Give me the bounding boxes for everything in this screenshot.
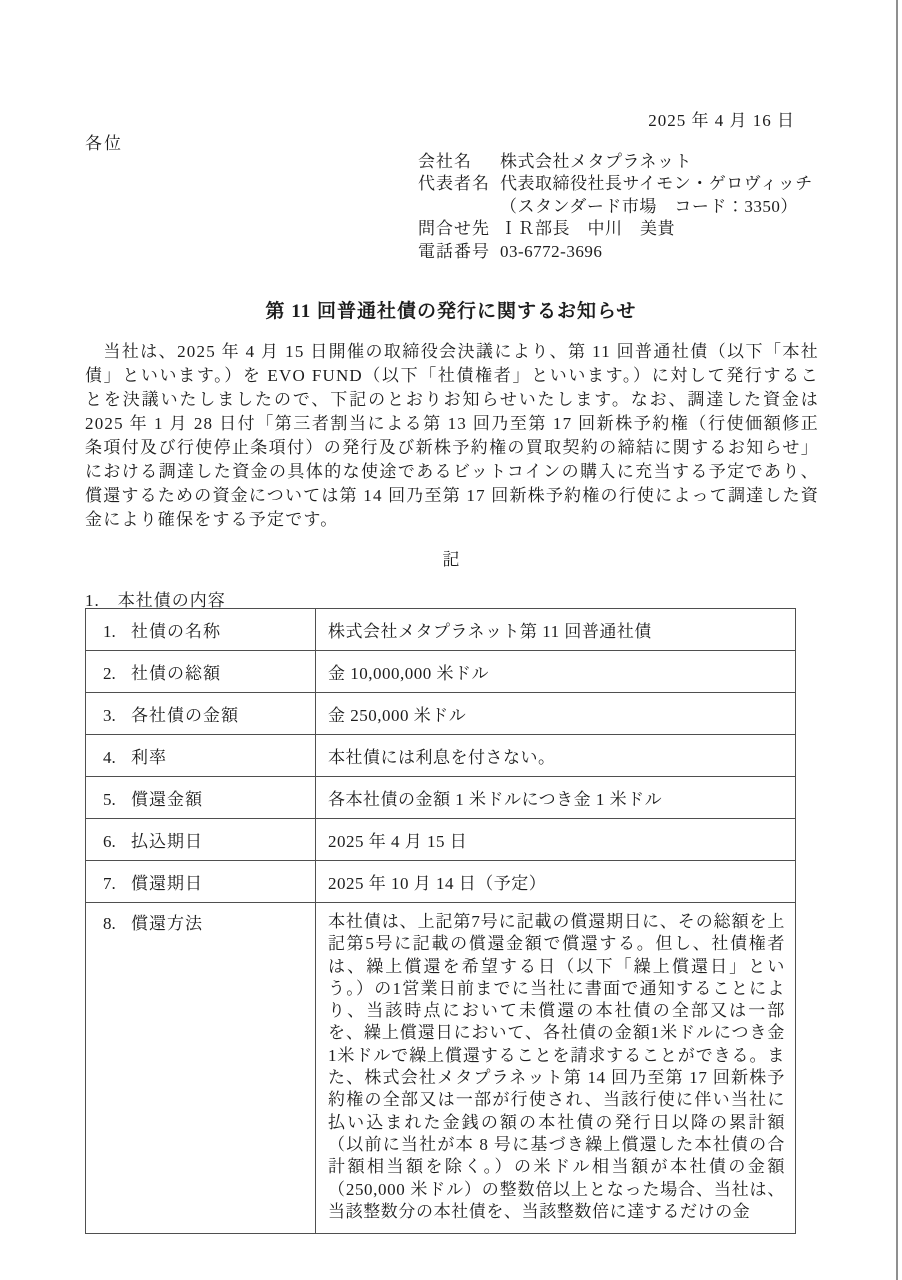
row-label: 社債の総額 — [131, 664, 221, 683]
table-row-redemption-amount: 5.償還金額 各本社債の金額 1 米ドルにつき金 1 米ドル — [86, 777, 796, 819]
row-number: 3. — [103, 706, 131, 726]
body-paragraph: 当社は、2025 年 4 月 15 日開催の取締役会決議により、第 11 回普通… — [85, 340, 819, 532]
company-info-block: 会社名 株式会社メタプラネット 代表者名 代表取締役社長サイモン・ゲロヴィッチ … — [418, 151, 813, 263]
table-row-interest-rate: 4.利率 本社債には利息を付さない。 — [86, 735, 796, 777]
row-label: 償還金額 — [131, 790, 203, 809]
representative-value: 代表取締役社長サイモン・ゲロヴィッチ — [500, 173, 813, 195]
document-page: 2025 年 4 月 16 日 各位 会社名 株式会社メタプラネット 代表者名 … — [0, 0, 902, 1280]
row-label: 社債の名称 — [131, 622, 221, 641]
row-value-cell: 金 250,000 米ドル — [316, 693, 796, 735]
document-date: 2025 年 4 月 16 日 — [0, 106, 795, 131]
row-number: 1. — [103, 622, 131, 642]
row-label-cell: 6.払込期日 — [86, 819, 316, 861]
table-row-redemption-method: 8.償還方法 本社債は、上記第7号に記載の償還期日に、その総額を上記第5号に記載… — [86, 903, 796, 1234]
row-value-cell: 2025 年 10 月 14 日（予定） — [316, 861, 796, 903]
table-row-redemption-date: 7.償還期日 2025 年 10 月 14 日（予定） — [86, 861, 796, 903]
row-label-cell: 5.償還金額 — [86, 777, 316, 819]
row-number: 7. — [103, 874, 131, 894]
row-value-cell: 株式会社メタプラネット第 11 回普通社債 — [316, 609, 796, 651]
row-value-cell: 本社債には利息を付さない。 — [316, 735, 796, 777]
row-label: 償還期日 — [131, 874, 203, 893]
row-number: 4. — [103, 748, 131, 768]
row-label: 各社債の金額 — [131, 706, 239, 725]
phone-label: 電話番号 — [418, 241, 500, 263]
market-code-value: （スタンダード市場 コード：3350） — [500, 196, 813, 218]
row-label: 払込期日 — [131, 832, 203, 851]
contact-value: ＩＲ部長 中川 美貴 — [500, 218, 813, 240]
table-row-each-amount: 3.各社債の金額 金 250,000 米ドル — [86, 693, 796, 735]
row-label-cell: 1.社債の名称 — [86, 609, 316, 651]
row-label-cell: 2.社債の総額 — [86, 651, 316, 693]
table-row-total-amount: 2.社債の総額 金 10,000,000 米ドル — [86, 651, 796, 693]
row-label-cell: 3.各社債の金額 — [86, 693, 316, 735]
row-label: 償還方法 — [131, 914, 203, 933]
row-value-cell: 各本社債の金額 1 米ドルにつき金 1 米ドル — [316, 777, 796, 819]
page-edge-line — [896, 0, 898, 1280]
row-label-cell: 4.利率 — [86, 735, 316, 777]
market-code-label — [418, 196, 500, 218]
bond-details-table: 1.社債の名称 株式会社メタプラネット第 11 回普通社債 2.社債の総額 金 … — [85, 608, 796, 1234]
row-value-cell: 2025 年 4 月 15 日 — [316, 819, 796, 861]
record-mark: 記 — [0, 545, 902, 570]
row-number: 6. — [103, 832, 131, 852]
row-label: 利率 — [131, 748, 167, 767]
row-value-cell: 金 10,000,000 米ドル — [316, 651, 796, 693]
company-name-label: 会社名 — [418, 151, 500, 173]
representative-label: 代表者名 — [418, 173, 500, 195]
row-value-cell: 本社債は、上記第7号に記載の償還期日に、その総額を上記第5号に記載の償還金額で償… — [316, 903, 796, 1234]
salutation: 各位 — [85, 129, 123, 154]
row-label-cell: 7.償還期日 — [86, 861, 316, 903]
company-name-value: 株式会社メタプラネット — [500, 151, 813, 173]
contact-label: 問合せ先 — [418, 218, 500, 240]
table-row-payment-date: 6.払込期日 2025 年 4 月 15 日 — [86, 819, 796, 861]
table-row-bond-name: 1.社債の名称 株式会社メタプラネット第 11 回普通社債 — [86, 609, 796, 651]
row-label-cell: 8.償還方法 — [86, 903, 316, 1234]
phone-value: 03-6772-3696 — [500, 241, 813, 263]
row-number: 2. — [103, 664, 131, 684]
row-number: 5. — [103, 790, 131, 810]
document-title: 第 11 回普通社債の発行に関するお知らせ — [0, 296, 902, 323]
row-number: 8. — [103, 914, 131, 934]
